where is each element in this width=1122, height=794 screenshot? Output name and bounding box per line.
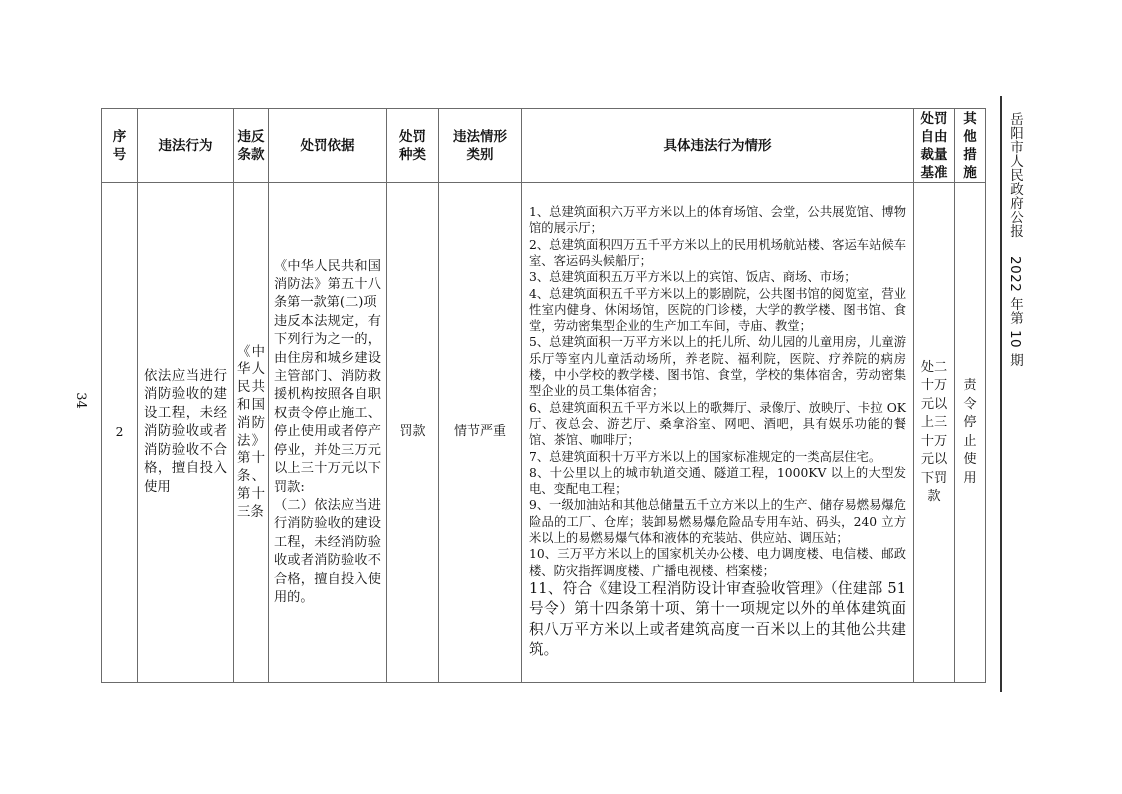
header-penalty-type: 处罚种类: [387, 109, 439, 183]
circumstance-item: 4、总建筑面积五千平方米以上的影剧院，公共图书馆的阅览室，营业性室内健身、休闲场…: [529, 286, 906, 335]
running-header-rule: [1000, 96, 1002, 692]
circumstance-item: 8、十公里以上的城市轨道交通、隧道工程，1000KV 以上的大型发电、变配电工程…: [529, 465, 906, 498]
circumstance-item: 5、总建筑面积一万平方米以上的托儿所、幼儿园的儿童用房，儿童游乐厅等室内儿童活动…: [529, 334, 906, 399]
cell-penalty-basis: 《中华人民共和国消防法》第五十八条第一款第(二)项 违反本法规定，有下列行为之一…: [269, 183, 387, 683]
cell-discretion-standard: 处二十万元以上三十万元以下罚款: [914, 183, 955, 683]
header-penalty-basis: 处罚依据: [269, 109, 387, 183]
circumstance-item: 1、总建筑面积六万平方米以上的体育场馆、会堂，公共展览馆、博物馆的展示厅；: [529, 204, 906, 237]
table-row: 2 依法应当进行消防验收的建设工程，未经消防验收或者消防验收不合格，擅自投入使用…: [102, 183, 986, 683]
circumstance-item: 9、一级加油站和其他总储量五千立方米以上的生产、储存易燃易爆危险品的工厂、仓库；…: [529, 497, 906, 546]
header-specific-circumstances: 具体违法行为情形: [522, 109, 914, 183]
issue-label: 2022 年第 10 期: [1007, 256, 1023, 367]
header-illegal-act: 违法行为: [138, 109, 234, 183]
cell-violated-article: 《中华人民共和国消防法》第十条、第十三条: [234, 183, 269, 683]
table-header-row: 序号 违法行为 违反条款 处罚依据 处罚种类 违法情形类别 具体违法行为情形 处…: [102, 109, 986, 183]
cell-circumstance-category: 情节严重: [439, 183, 522, 683]
cell-penalty-type: 罚款: [387, 183, 439, 683]
circumstance-item: 2、总建筑面积四万五千平方米以上的民用机场航站楼、客运车站候车室、客运码头候船厅…: [529, 237, 906, 270]
header-circumstance-category: 违法情形类别: [439, 109, 522, 183]
circumstance-item: 10、三万平方米以上的国家机关办公楼、电力调度楼、电信楼、邮政楼、防灾指挥调度楼…: [529, 546, 906, 579]
circumstance-item: 3、总建筑面积五万平方米以上的宾馆、饭店、商场、市场；: [529, 269, 906, 285]
header-discretion-standard: 处罚自由裁量基准: [914, 109, 955, 183]
header-violated-article: 违反条款: [234, 109, 269, 183]
running-header: 岳阳市人民政府公报2022 年第 10 期: [1003, 112, 1025, 367]
page-number: 34: [73, 392, 88, 409]
cell-specific-circumstances: 1、总建筑面积六万平方米以上的体育场馆、会堂，公共展览馆、博物馆的展示厅； 2、…: [522, 183, 914, 683]
header-other-measures: 其他措施: [955, 109, 986, 183]
publication-title: 岳阳市人民政府公报: [1007, 112, 1023, 238]
cell-illegal-act: 依法应当进行消防验收的建设工程，未经消防验收或者消防验收不合格，擅自投入使用: [138, 183, 234, 683]
header-seq: 序号: [102, 109, 138, 183]
basis-citation: 《中华人民共和国消防法》第五十八条第一款第(二)项: [274, 258, 381, 313]
penalty-discretion-table: 序号 违法行为 违反条款 处罚依据 处罚种类 违法情形类别 具体违法行为情形 处…: [101, 108, 986, 683]
cell-other-measures: 责令停止使用: [955, 183, 986, 683]
basis-item: （二）依法应当进行消防验收的建设工程，未经消防验收或者消防验收不合格，擅自投入使…: [274, 497, 381, 607]
circumstance-item: 11、符合《建设工程消防设计审查验收管理》（住建部 51 号令）第十四条第十项、…: [529, 579, 906, 661]
circumstance-item: 6、总建筑面积五千平方米以上的歌舞厅、录像厅、放映厅、卡拉 OK 厅、夜总会、游…: [529, 400, 906, 449]
circumstance-item: 7、总建筑面积十万平方米以上的国家标准规定的一类高层住宅。: [529, 449, 906, 465]
cell-seq: 2: [102, 183, 138, 683]
basis-provision: 违反本法规定，有下列行为之一的，由住房和城乡建设主管部门、消防救援机构按照各自职…: [274, 313, 381, 497]
